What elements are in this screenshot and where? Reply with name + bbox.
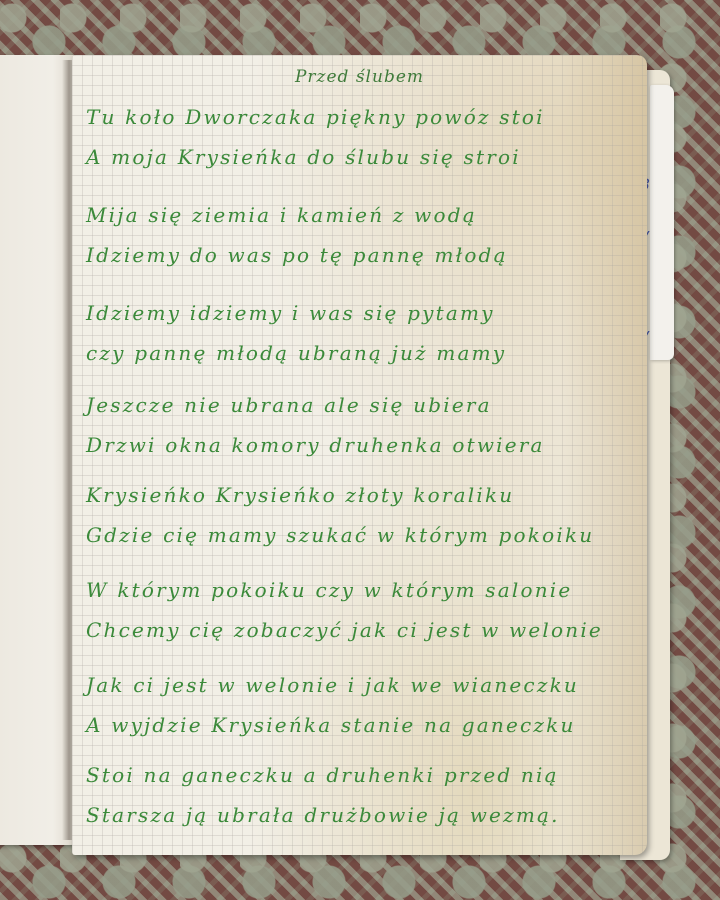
verse-line: Idziemy idziemy i was się pytamy	[86, 293, 636, 333]
verse-line: A moja Krysieńka do ślubu się stroi	[86, 137, 636, 177]
stanza-5: Krysieńko Krysieńko złoty koraliku Gdzie…	[86, 475, 636, 555]
verse-line: Stoi na ganeczku a druhenki przed nią	[86, 755, 636, 795]
verse-line: W którym pokoiku czy w którym salonie	[86, 570, 636, 610]
stanza-1: Tu koło Dworczaka piękny powóz stoi A mo…	[86, 97, 636, 177]
verse-line: A wyjdzie Krysieńka stanie na ganeczku	[86, 705, 636, 745]
verse-line: Tu koło Dworczaka piękny powóz stoi	[86, 97, 636, 137]
verse-line: Idziemy do was po tę pannę młodą	[86, 235, 636, 275]
stanza-3: Idziemy idziemy i was się pytamy czy pan…	[86, 293, 636, 373]
verse-line: Jak ci jest w welonie i jak we wianeczku	[86, 665, 636, 705]
notebook-page: Przed ślubem Tu koło Dworczaka piękny po…	[72, 55, 647, 855]
stanza-2: Mija się ziemia i kamień z wodą Idziemy …	[86, 195, 636, 275]
verse-line: Krysieńko Krysieńko złoty koraliku	[86, 475, 636, 515]
verse-line: Jeszcze nie ubrana ale się ubiera	[86, 385, 636, 425]
verse-line: Drzwi okna komory druhenka otwiera	[86, 425, 636, 465]
page-title: Przed ślubem	[72, 67, 647, 87]
verse-line: czy pannę młodą ubraną już mamy	[86, 333, 636, 373]
stanza-7: Jak ci jest w welonie i jak we wianeczku…	[86, 665, 636, 745]
verse-line: Starsza ją ubrała drużbowie ją wezmą.	[86, 795, 636, 835]
stanza-8: Stoi na ganeczku a druhenki przed nią St…	[86, 755, 636, 835]
stanza-4: Jeszcze nie ubrana ale się ubiera Drzwi …	[86, 385, 636, 465]
verse-line: Gdzie cię mamy szukać w którym pokoiku	[86, 515, 636, 555]
verse-line: Chcemy cię zobaczyć jak ci jest w weloni…	[86, 610, 636, 650]
verse-line: Mija się ziemia i kamień z wodą	[86, 195, 636, 235]
stanza-6: W którym pokoiku czy w którym salonie Ch…	[86, 570, 636, 650]
